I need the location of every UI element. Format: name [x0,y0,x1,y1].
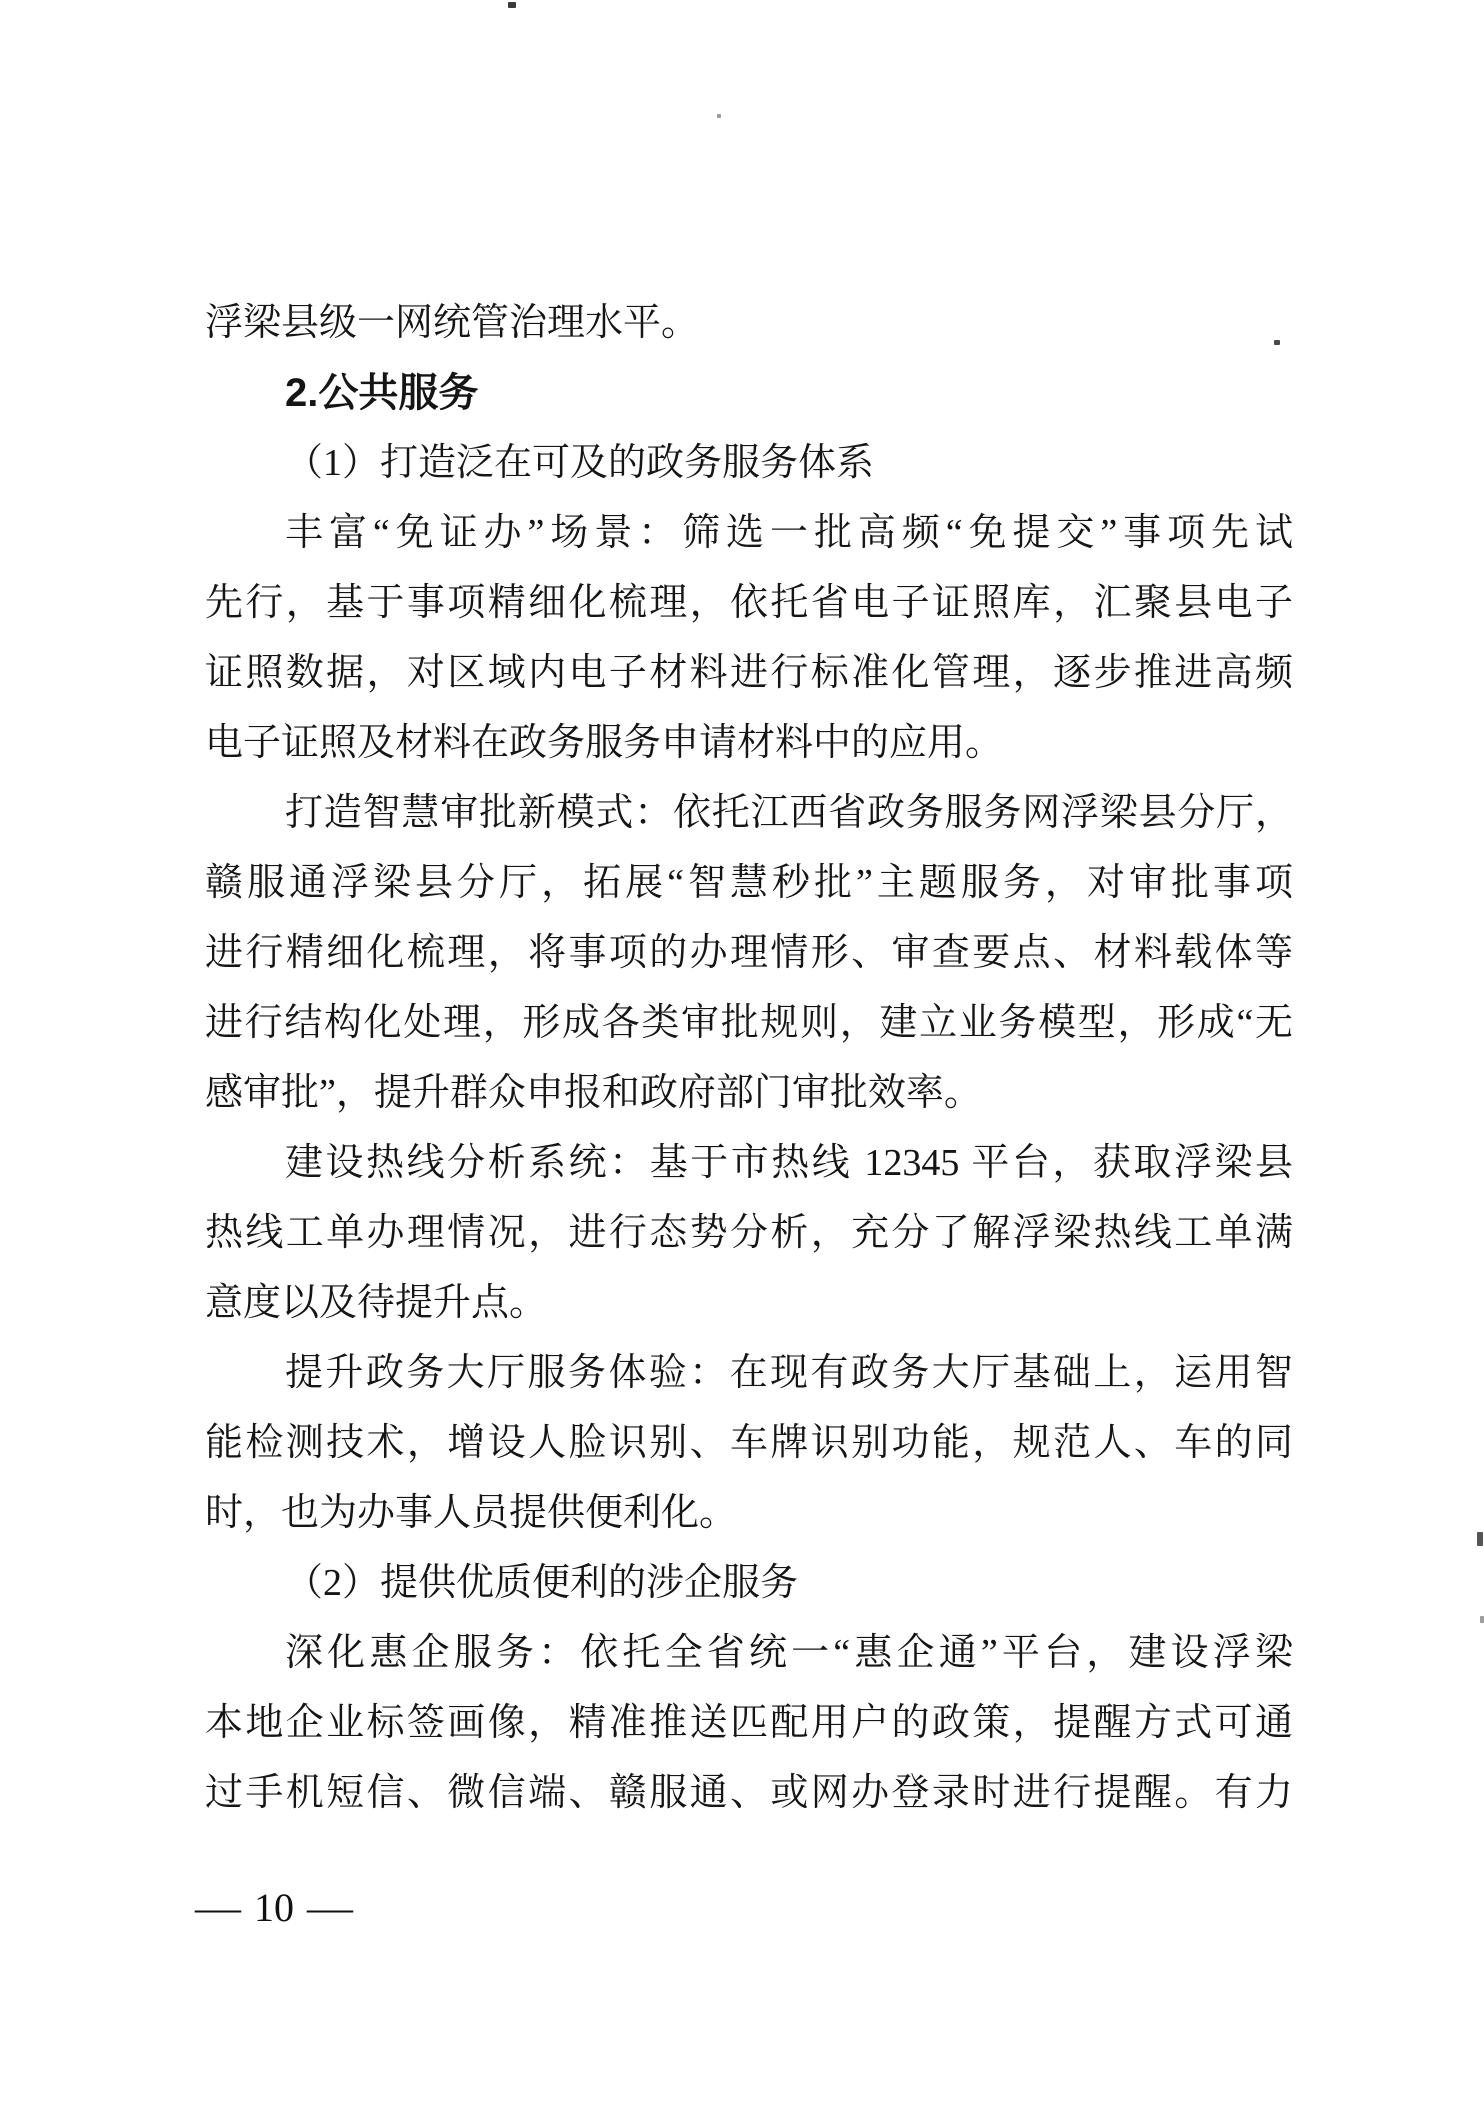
scan-speck [1480,1616,1484,1623]
paragraph-line: 感审批”，提升群众申报和政府部门审批效率。 [205,1058,1293,1128]
scan-speck [717,114,721,118]
paragraph-line: 进行结构化处理，形成各类审批规则，建立业务模型，形成“无 [205,988,1293,1058]
paragraph-line: 打造智慧审批新模式：依托江西省政务服务网浮梁县分厅， [205,778,1293,848]
paragraph-continuation-line: 浮梁县级一网统管治理水平。 [205,288,1293,358]
scan-speck [1477,1532,1483,1546]
footer-dash-left: — [195,1873,241,1943]
paragraph-line: 电子证照及材料在政务服务申请材料中的应用。 [205,708,1293,778]
paragraph-line: 意度以及待提升点。 [205,1268,1293,1338]
paragraph-line: 时，也为办事人员提供便利化。 [205,1478,1293,1548]
paragraph-line: 先行，基于事项精细化梳理，依托省电子证照库，汇聚县电子 [205,568,1293,638]
paragraph-line: 能检测技术，增设人脸识别、车牌识别功能，规范人、车的同 [205,1408,1293,1478]
page-body: 浮梁县级一网统管治理水平。 2.公共服务 （1）打造泛在可及的政务服务体系 丰富… [205,288,1293,1828]
section-heading: 2.公共服务 [205,358,1293,428]
subsection-heading-1: （1）打造泛在可及的政务服务体系 [205,428,1293,498]
footer-dash-right: — [307,1873,353,1943]
paragraph-line: 深化惠企服务：依托全省统一“惠企通”平台，建设浮梁 [205,1618,1293,1688]
paragraph-line: 丰富“免证办”场景：筛选一批高频“免提交”事项先试 [205,498,1293,568]
paragraph-line: 进行精细化梳理，将事项的办理情形、审查要点、材料载体等 [205,918,1293,988]
paragraph-line: 过手机短信、微信端、赣服通、或网办登录时进行提醒。有力 [205,1758,1293,1828]
paragraph-line: 本地企业标签画像，精准推送匹配用户的政策，提醒方式可通 [205,1688,1293,1758]
page-number: 10 [254,1873,294,1943]
paragraph-line: 建设热线分析系统：基于市热线 12345 平台，获取浮梁县 [205,1128,1293,1198]
document-page: 浮梁县级一网统管治理水平。 2.公共服务 （1）打造泛在可及的政务服务体系 丰富… [0,0,1484,2112]
paragraph-line: 证照数据，对区域内电子材料进行标准化管理，逐步推进高频 [205,638,1293,708]
subsection-heading-2: （2）提供优质便利的涉企服务 [205,1548,1293,1618]
paragraph-line: 热线工单办理情况，进行态势分析，充分了解浮梁热线工单满 [205,1198,1293,1268]
scan-speck [1274,340,1280,345]
paragraph-line: 赣服通浮梁县分厅，拓展“智慧秒批”主题服务，对审批事项 [205,848,1293,918]
page-footer: — 10 — [198,1873,350,1943]
paragraph-line: 提升政务大厅服务体验：在现有政务大厅基础上，运用智 [205,1338,1293,1408]
scan-speck [508,2,516,8]
